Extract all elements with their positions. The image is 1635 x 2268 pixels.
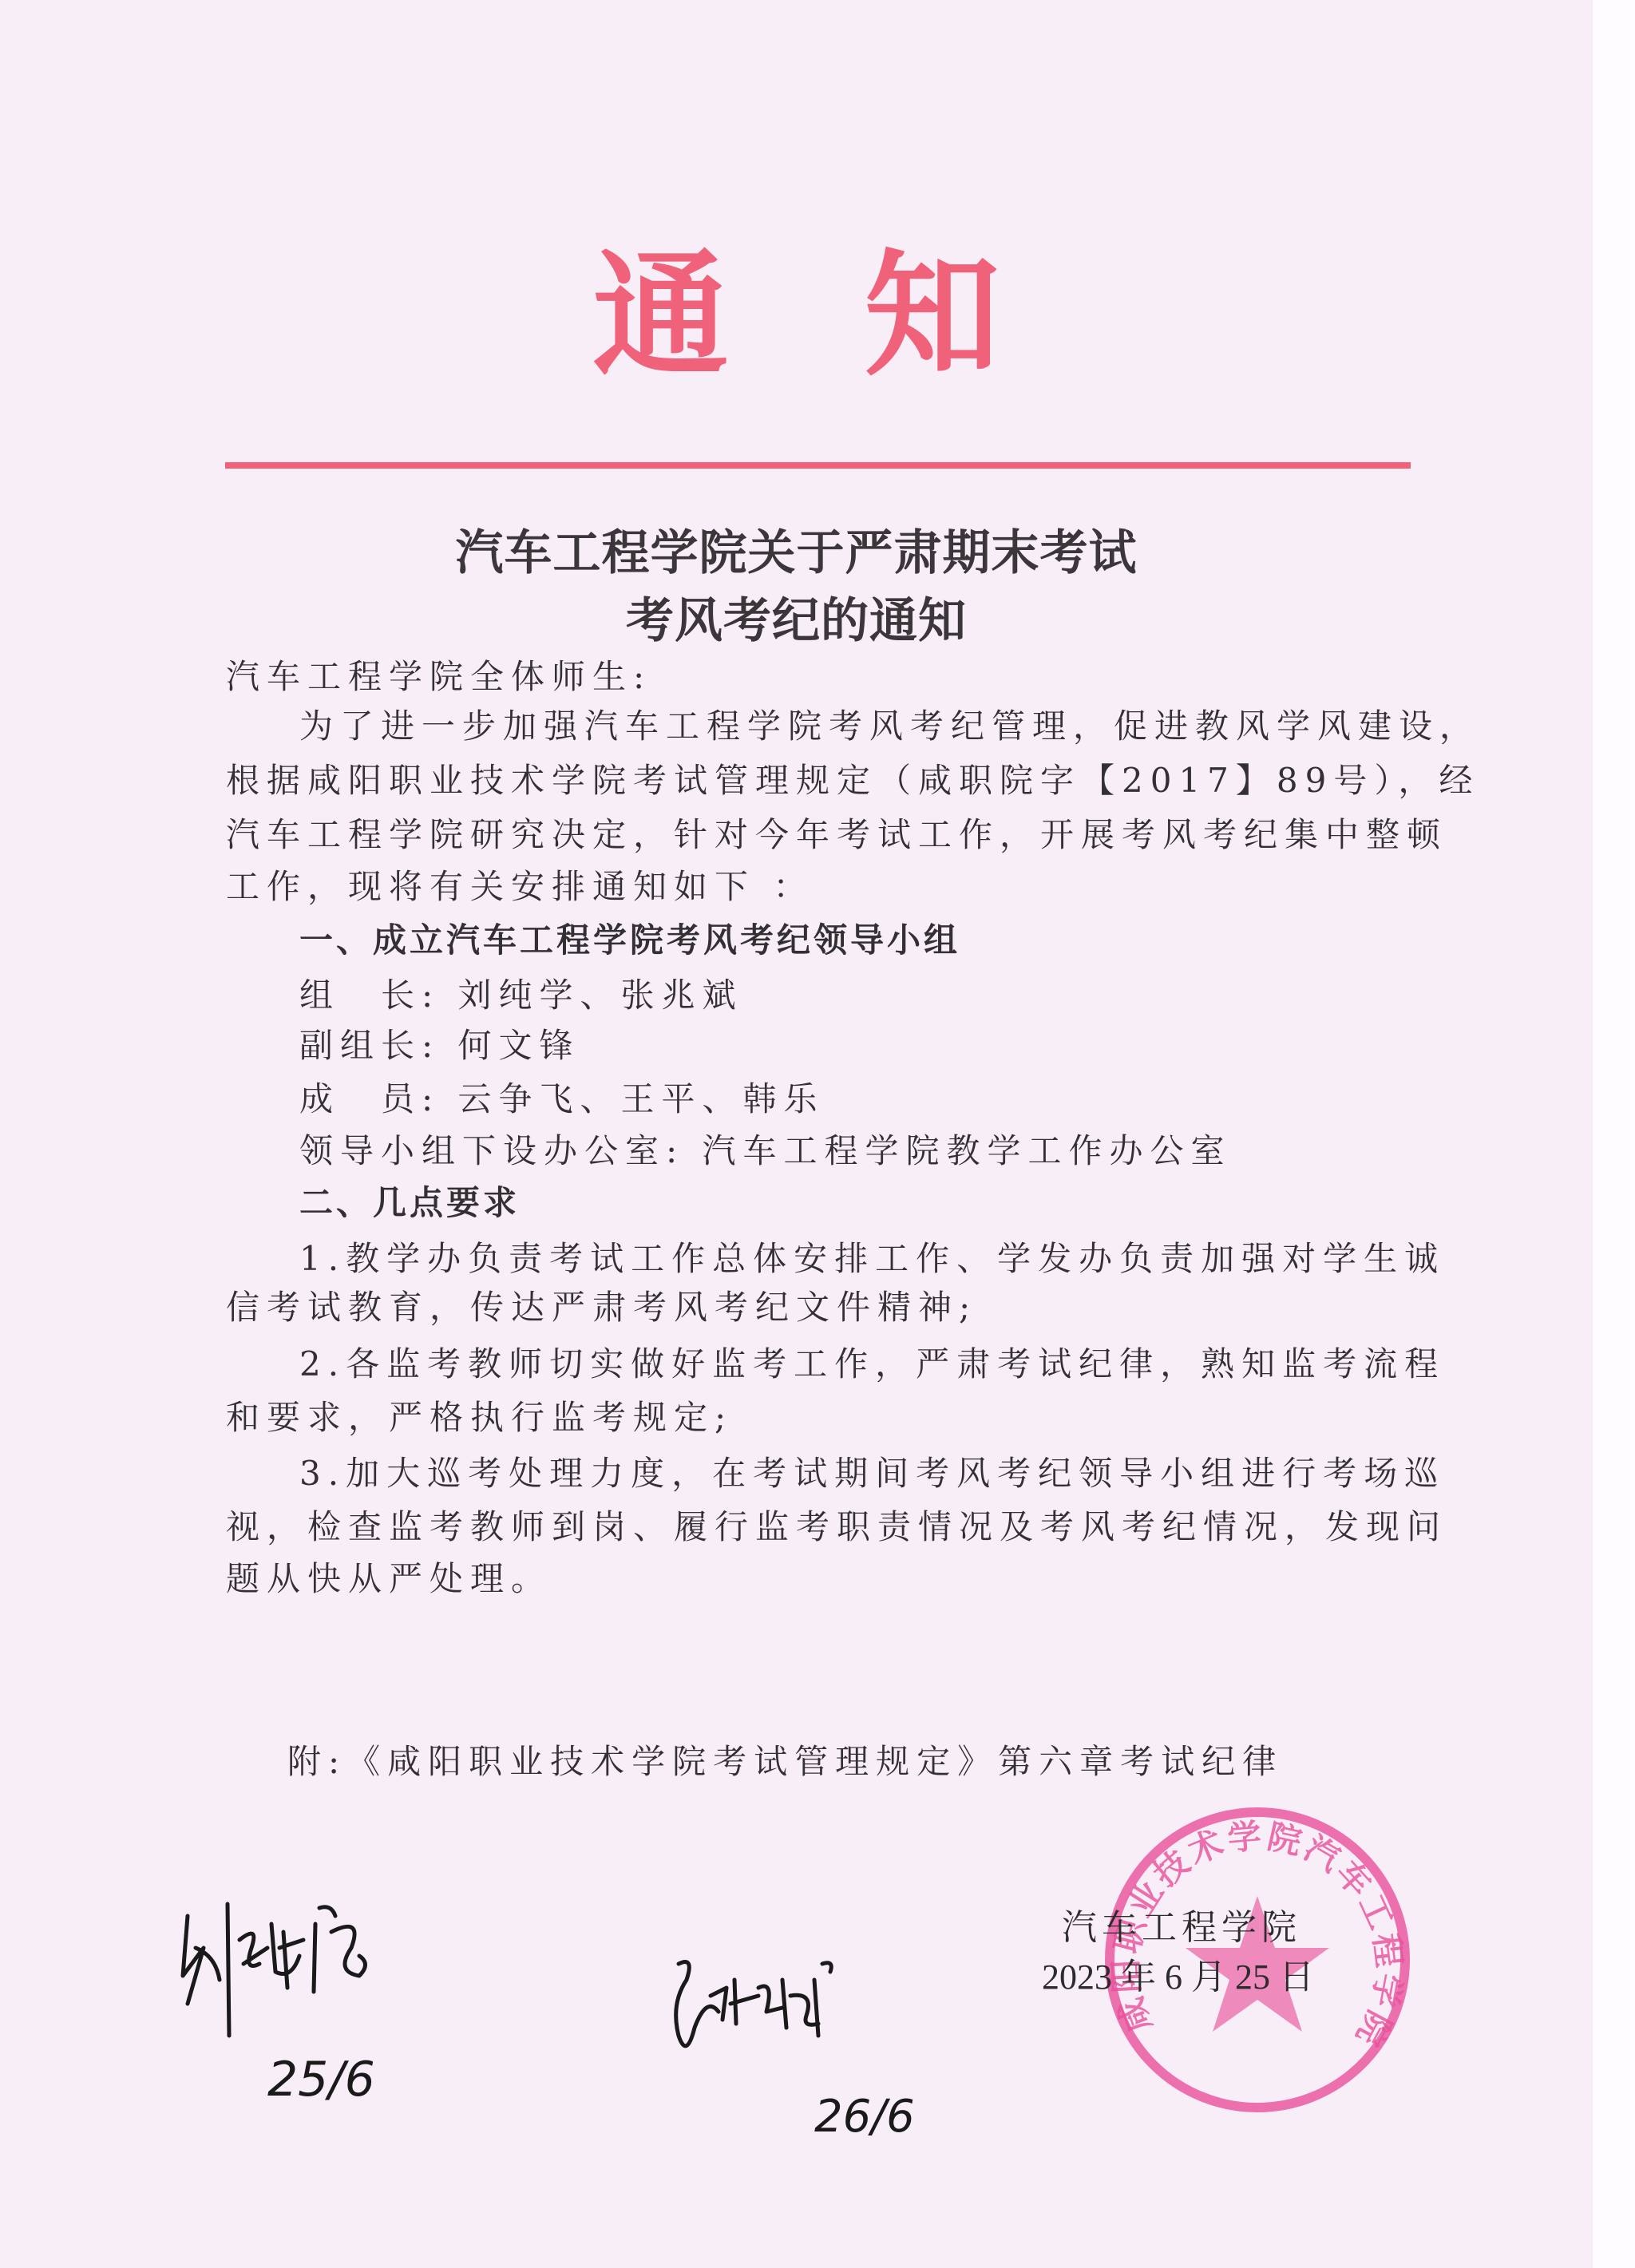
section1-heading: 一、成立汽车工程学院考风考纪领导小组 (299, 920, 960, 961)
requirement-3-line: 题从快从严处理。 (226, 1558, 552, 1600)
document-title-line2: 考风考纪的通知 (0, 583, 1593, 651)
requirement-2-line: 和要求，严格执行监考规定; (226, 1397, 733, 1439)
requirement-3-line: 视，检查监考教师到岗、履行监考职责情况及考风考纪情况，发现问 (226, 1506, 1447, 1548)
intro-line: 汽车工程学院研究决定，针对今年考试工作，开展考风考纪集中整顿 (226, 814, 1447, 856)
issue-date: 2023 年 6 月 25 日 (1042, 1948, 1314, 1999)
intro-line: 为了进一步加强汽车工程学院考风考纪管理，促进教风学风建设， (299, 706, 1480, 747)
group-leader: 组 长: 刘纯学、张兆斌 (299, 975, 743, 1016)
group-members: 成 员: 云争飞、王平、韩乐 (299, 1079, 825, 1120)
group-office: 领导小组下设办公室: 汽车工程学院教学工作办公室 (299, 1130, 1232, 1172)
scan-edge (1593, 0, 1635, 2268)
svg-text:25/6: 25/6 (267, 2052, 375, 2108)
document-title-line1: 汽车工程学院关于严肃期末考试 (0, 515, 1593, 584)
requirement-2-line: 2.各监考教师切实做好监考工作，严肃考试纪律，熟知监考流程 (299, 1344, 1445, 1385)
red-divider-rule (225, 462, 1411, 469)
handwritten-signature-2: 26/6 (663, 1948, 926, 2155)
section2-heading: 二、几点要求 (299, 1182, 520, 1224)
requirement-1-line: 1.教学办负责考试工作总体安排工作、学发办负责加强对学生诚 (299, 1238, 1445, 1280)
red-header-title: 通知 (0, 239, 1593, 391)
greeting: 汽车工程学院全体师生: (226, 656, 651, 698)
issuer-name: 汽车工程学院 (1062, 1898, 1301, 1949)
svg-text:26/6: 26/6 (814, 2091, 915, 2143)
group-deputy: 副组长: 何文锋 (299, 1025, 580, 1067)
intro-line: 根据咸阳职业技术学院考试管理规定（咸职院字【2017】89号），经 (226, 760, 1479, 802)
intro-line: 工作，现将有关安排通知如下 ： (226, 866, 814, 908)
requirement-1-line: 信考试教育，传达严肃考风考纪文件精神; (226, 1287, 977, 1328)
attachment-note: 附:《咸阳职业技术学院考试管理规定》第六章考试纪律 (287, 1741, 1283, 1783)
handwritten-signature-1: 25/6 (172, 1900, 411, 2108)
requirement-3-line: 3.加大巡考处理力度，在考试期间考风考纪领导小组进行考场巡 (299, 1453, 1445, 1494)
